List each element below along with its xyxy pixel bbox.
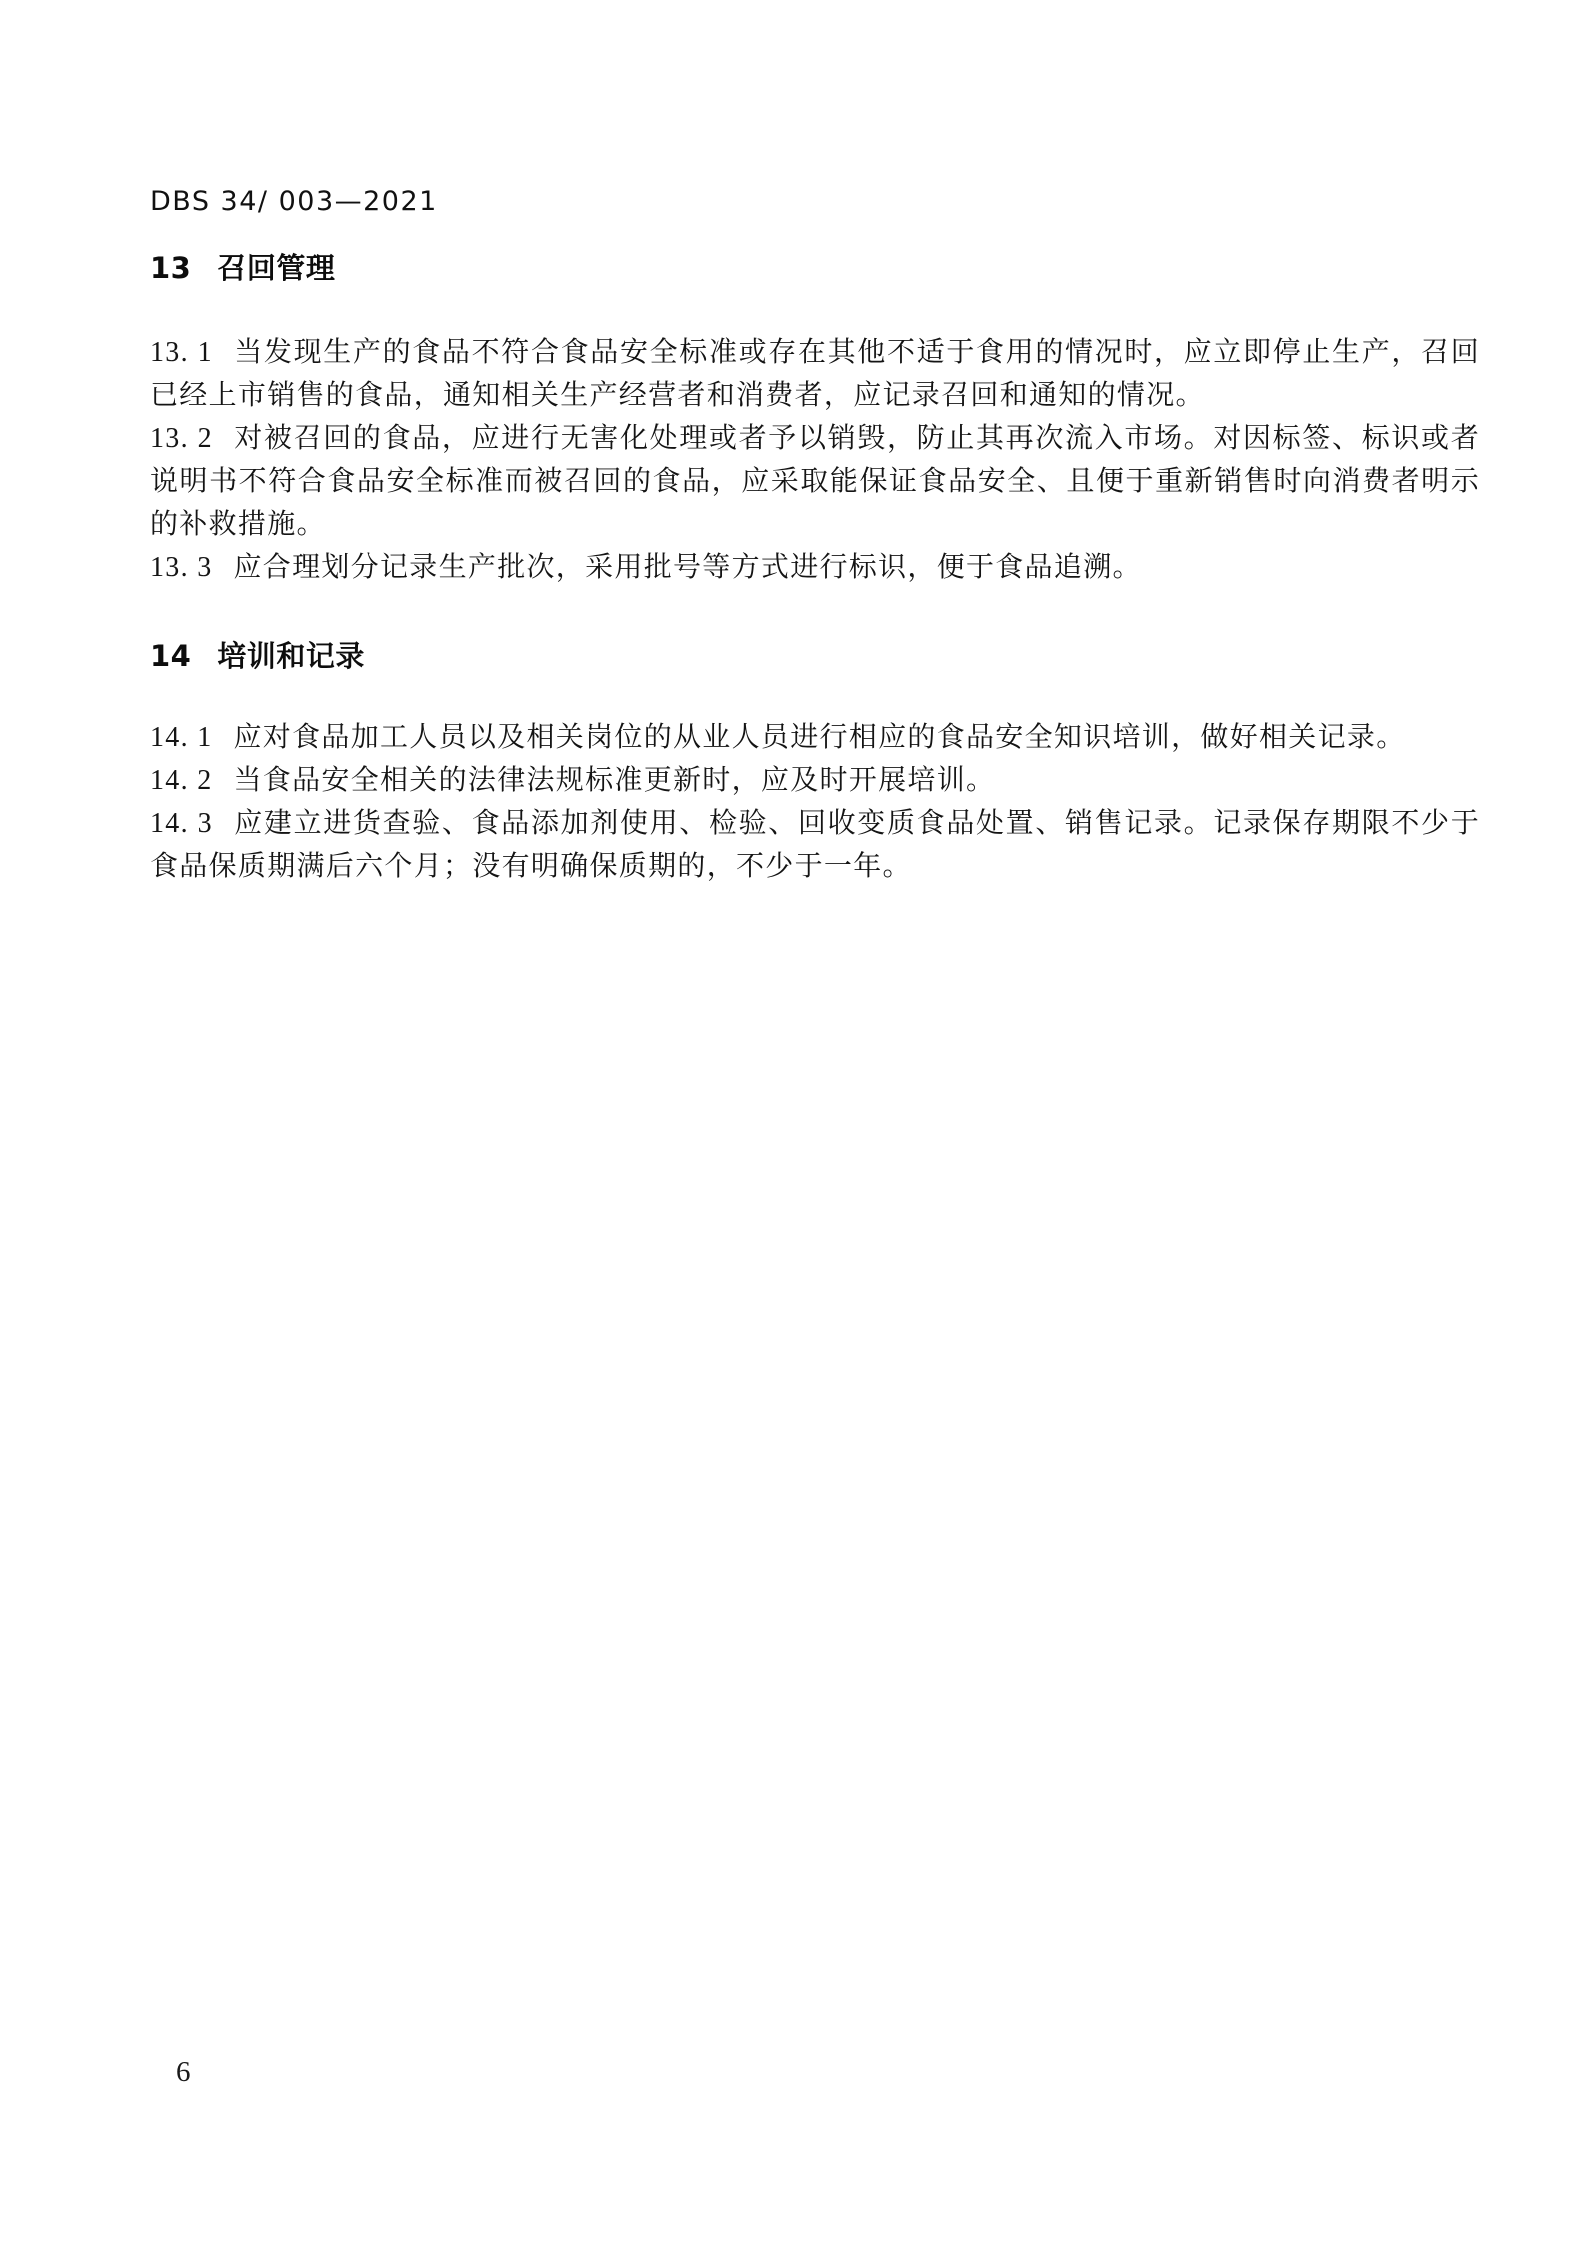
- clause-14-3: 14. 3应建立进货查验、食品添加剂使用、检验、回收变质食品处置、销售记录。记录…: [150, 802, 1480, 888]
- clause-14-1-text: 应对食品加工人员以及相关岗位的从业人员进行相应的食品安全知识培训，做好相关记录。: [234, 722, 1406, 753]
- clause-14-1: 14. 1应对食品加工人员以及相关岗位的从业人员进行相应的食品安全知识培训，做好…: [150, 716, 1480, 759]
- clause-14-2-number: 14. 2: [150, 765, 213, 796]
- clause-14-2: 14. 2当食品安全相关的法律法规标准更新时，应及时开展培训。: [150, 759, 1480, 802]
- section-14-number: 14: [150, 639, 191, 673]
- clause-14-3-text: 应建立进货查验、食品添加剂使用、检验、回收变质食品处置、销售记录。记录保存期限不…: [150, 808, 1480, 882]
- clause-13-1-text: 当发现生产的食品不符合食品安全标准或存在其他不适于食用的情况时，应立即停止生产，…: [150, 337, 1480, 411]
- clause-13-3: 13. 3应合理划分记录生产批次，采用批号等方式进行标识，便于食品追溯。: [150, 546, 1480, 589]
- section-14-heading: 14培训和记录: [150, 634, 365, 675]
- clause-13-2: 13. 2对被召回的食品，应进行无害化处理或者予以销毁，防止其再次流入市场。对因…: [150, 417, 1480, 546]
- section-13-number: 13: [150, 251, 191, 285]
- clause-14-2-text: 当食品安全相关的法律法规标准更新时，应及时开展培训。: [234, 765, 996, 796]
- clause-13-3-number: 13. 3: [150, 552, 213, 583]
- clause-13-1-number: 13. 1: [150, 337, 213, 368]
- clause-14-3-number: 14. 3: [150, 808, 213, 839]
- section-13-title: 召回管理: [217, 251, 335, 285]
- section-13-body: 13. 1当发现生产的食品不符合食品安全标准或存在其他不适于食用的情况时，应立即…: [150, 331, 1480, 589]
- clause-13-3-text: 应合理划分记录生产批次，采用批号等方式进行标识，便于食品追溯。: [234, 552, 1142, 583]
- section-14-body: 14. 1应对食品加工人员以及相关岗位的从业人员进行相应的食品安全知识培训，做好…: [150, 716, 1480, 888]
- clause-14-1-number: 14. 1: [150, 722, 213, 753]
- section-13-heading: 13召回管理: [150, 246, 335, 287]
- clause-13-1: 13. 1当发现生产的食品不符合食品安全标准或存在其他不适于食用的情况时，应立即…: [150, 331, 1480, 417]
- document-code-header: DBS 34/ 003—2021: [150, 186, 438, 217]
- document-page: DBS 34/ 003—2021 13召回管理 13. 1当发现生产的食品不符合…: [0, 0, 1587, 2245]
- clause-13-2-number: 13. 2: [150, 423, 213, 454]
- page-number: 6: [176, 2056, 191, 2089]
- clause-13-2-text: 对被召回的食品，应进行无害化处理或者予以销毁，防止其再次流入市场。对因标签、标识…: [150, 423, 1480, 540]
- section-14-title: 培训和记录: [217, 639, 365, 673]
